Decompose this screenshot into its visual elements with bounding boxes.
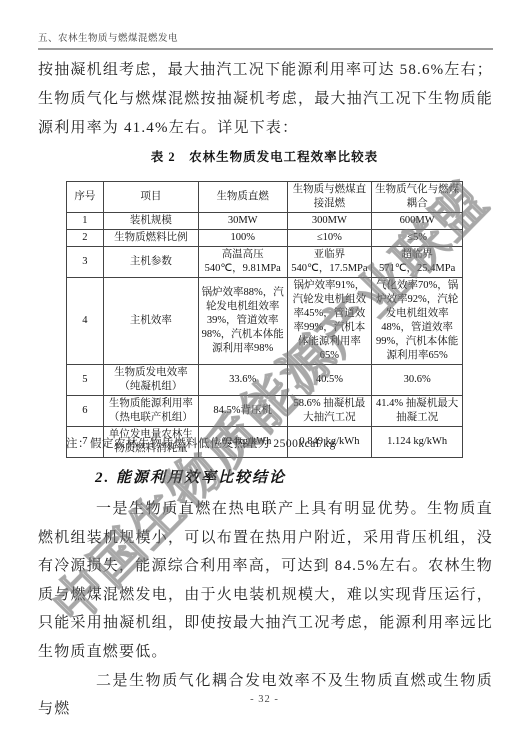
cell: 41.4% 抽凝机最大抽凝工况 bbox=[372, 396, 463, 427]
cell: 4 bbox=[67, 278, 104, 365]
cell: 生物质能源利用率（热电联产机组） bbox=[103, 396, 198, 427]
cell: 33.6% bbox=[198, 365, 287, 396]
cell: 3 bbox=[67, 247, 104, 278]
table-row: 2 生物质燃料比例 100% ≤10% ≤5% bbox=[67, 230, 463, 247]
intro-paragraph: 按抽凝机组考虑，最大抽汽工况下能源利用率可达 58.6%左右；生物质气化与燃煤混… bbox=[38, 56, 493, 143]
table-row: 1 装机规模 30MW 300MW 600MW bbox=[67, 213, 463, 230]
document-page: 五、农林生物质与燃煤混燃发电 中国生物质能源产业联盟 按抽凝机组考虑，最大抽汽工… bbox=[0, 0, 529, 745]
cell: 锅炉效率91%，汽轮发电机组效率45%，管道效率99%，汽机本体能源利用率65% bbox=[287, 278, 372, 365]
col-header-item: 项目 bbox=[103, 182, 198, 213]
table-row: 6 生物质能源利用率（热电联产机组） 84.5%背压机 58.6% 抽凝机最大抽… bbox=[67, 396, 463, 427]
page-number: - 32 - bbox=[0, 694, 529, 705]
cell: 装机规模 bbox=[103, 213, 198, 230]
cell: 5 bbox=[67, 365, 104, 396]
cell: 58.6% 抽凝机最大抽汽工况 bbox=[287, 396, 372, 427]
cell: 300MW bbox=[287, 213, 372, 230]
cell: 生物质燃料比例 bbox=[103, 230, 198, 247]
conclusion-paragraphs: 一是生物质直燃在热电联产上具有明显优势。生物质直燃机组装机规模小，可以布置在热用… bbox=[38, 495, 493, 724]
cell: 600MW bbox=[372, 213, 463, 230]
cell: 超临界 571℃，25.4MPa bbox=[372, 247, 463, 278]
cell: 30MW bbox=[198, 213, 287, 230]
table-header-row: 序号 项目 生物质直燃 生物质与燃煤直接混燃 生物质气化与燃煤耦合 bbox=[67, 182, 463, 213]
table-caption: 表 2 农林生物质发电工程效率比较表 bbox=[0, 147, 529, 165]
cell: 1 bbox=[67, 213, 104, 230]
table-row: 4 主机效率 锅炉效率88%，汽轮发电机组效率39%，管道效率98%，汽机本体能… bbox=[67, 278, 463, 365]
col-header-gasification: 生物质气化与燃煤耦合 bbox=[372, 182, 463, 213]
cell: ≤5% bbox=[372, 230, 463, 247]
col-header-direct: 生物质直燃 bbox=[198, 182, 287, 213]
cell: 6 bbox=[67, 396, 104, 427]
cell: 气化效率70%，锅炉效率92%，汽轮发电机组效率48%，管道效率99%，汽机本体… bbox=[372, 278, 463, 365]
efficiency-comparison-table: 序号 项目 生物质直燃 生物质与燃煤直接混燃 生物质气化与燃煤耦合 1 装机规模… bbox=[66, 181, 463, 458]
table-footnote: 注：假定农林生物质燃料低位发热量为 2500kcal/kg bbox=[66, 435, 336, 451]
col-header-cofire: 生物质与燃煤直接混燃 bbox=[287, 182, 372, 213]
table-row: 3 主机参数 高温高压 540℃，9.81MPa 亚临界 540℃，17.5MP… bbox=[67, 247, 463, 278]
cell: 30.6% bbox=[372, 365, 463, 396]
cell: 生物质发电效率（纯凝机组） bbox=[103, 365, 198, 396]
cell: 40.5% bbox=[287, 365, 372, 396]
cell: 主机参数 bbox=[103, 247, 198, 278]
cell: 84.5%背压机 bbox=[198, 396, 287, 427]
cell: 高温高压 540℃，9.81MPa bbox=[198, 247, 287, 278]
cell: ≤10% bbox=[287, 230, 372, 247]
cell: 锅炉效率88%，汽轮发电机组效率39%，管道效率98%，汽机本体能源利用率98% bbox=[198, 278, 287, 365]
table-row: 5 生物质发电效率（纯凝机组） 33.6% 40.5% 30.6% bbox=[67, 365, 463, 396]
cell: 2 bbox=[67, 230, 104, 247]
cell: 主机效率 bbox=[103, 278, 198, 365]
cell: 1.124 kg/kWh bbox=[372, 427, 463, 458]
cell: 100% bbox=[198, 230, 287, 247]
conclusion-paragraph-1: 一是生物质直燃在热电联产上具有明显优势。生物质直燃机组装机规模小，可以布置在热用… bbox=[38, 495, 493, 667]
running-header: 五、农林生物质与燃煤混燃发电 bbox=[38, 30, 493, 50]
section-heading: 2. 能源利用效率比较结论 bbox=[95, 466, 286, 487]
col-header-index: 序号 bbox=[67, 182, 104, 213]
cell: 亚临界 540℃，17.5MPa bbox=[287, 247, 372, 278]
